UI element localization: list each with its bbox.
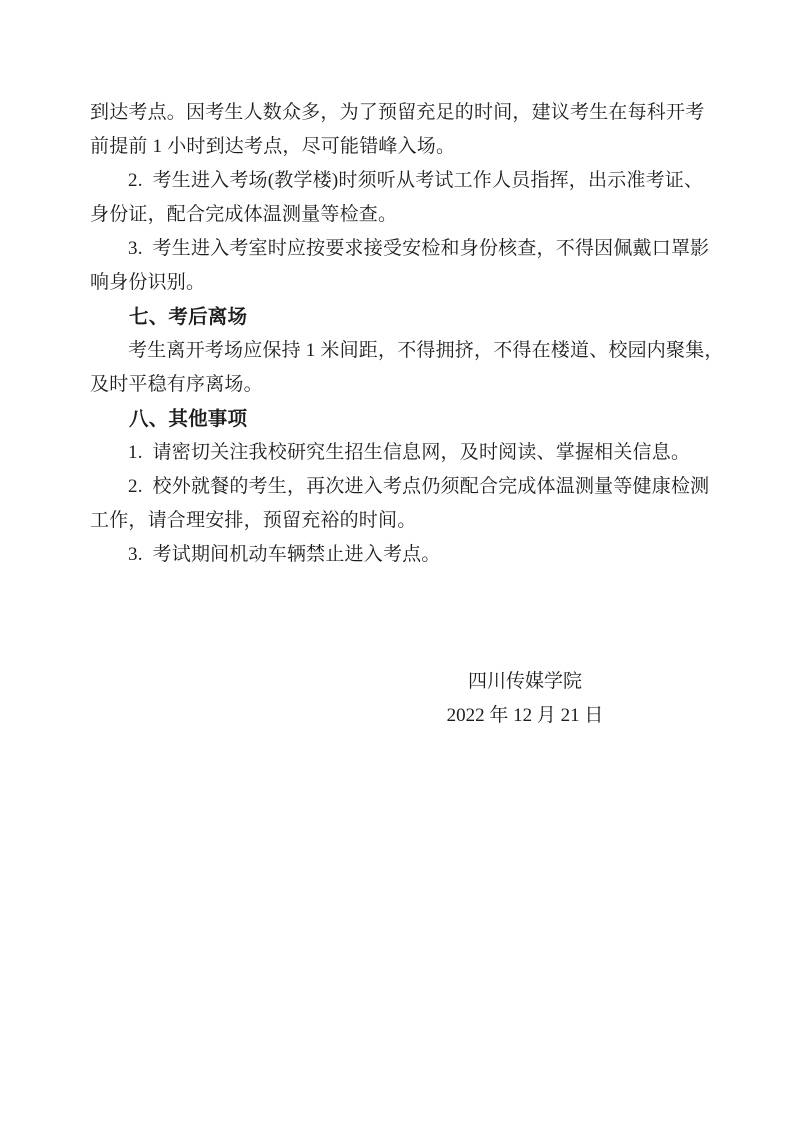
document-line: 2. 校外就餐的考生，再次进入考点仍须配合完成体温测量等健康检测 [90,470,702,504]
document-line: 工作，请合理安排，预留充裕的时间。 [90,504,702,538]
document-line: 考生离开考场应保持 1 米间距，不得拥挤，不得在楼道、校园内聚集， [90,334,702,368]
document-line: 3. 考试期间机动车辆禁止进入考点。 [90,538,702,572]
document-body: 到达考点。因考生人数众多，为了预留充足的时间，建议考生在每科开考前提前 1 小时… [90,96,702,572]
signature-block: 四川传媒学院 2022 年 12 月 21 日 [405,665,645,733]
document-line: 及时平稳有序离场。 [90,368,702,402]
section-heading: 八、其他事项 [90,402,702,436]
signature-organization: 四川传媒学院 [405,665,645,699]
document-page: 到达考点。因考生人数众多，为了预留充足的时间，建议考生在每科开考前提前 1 小时… [0,0,793,1122]
document-line: 身份证，配合完成体温测量等检查。 [90,198,702,232]
section-heading: 七、考后离场 [90,300,702,334]
signature-date: 2022 年 12 月 21 日 [405,699,645,733]
document-line: 1. 请密切关注我校研究生招生信息网，及时阅读、掌握相关信息。 [90,436,702,470]
document-line: 响身份识别。 [90,266,702,300]
document-line: 2. 考生进入考场(教学楼)时须听从考试工作人员指挥，出示准考证、 [90,164,702,198]
document-line: 3. 考生进入考室时应按要求接受安检和身份核查，不得因佩戴口罩影 [90,232,702,266]
document-line: 到达考点。因考生人数众多，为了预留充足的时间，建议考生在每科开考 [90,96,702,130]
document-line: 前提前 1 小时到达考点，尽可能错峰入场。 [90,130,702,164]
